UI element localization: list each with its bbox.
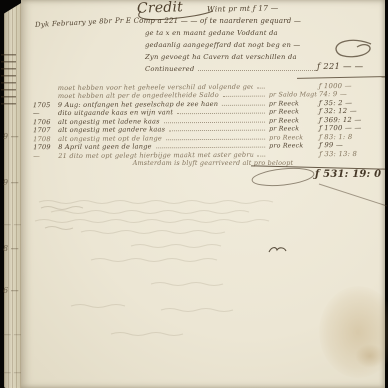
dotted-leader: [257, 88, 265, 89]
dotted-leader: [156, 147, 265, 149]
ledger-entries: moet hebben voor het geheele verschil ad…: [33, 82, 382, 160]
entry-year: —: [33, 152, 58, 160]
carry-forward-amount: ƒ 221 — —: [317, 62, 363, 72]
description-text: Continueered: [145, 65, 194, 73]
entry-amount: ƒ 369: 12 —: [319, 116, 381, 124]
entry-reference: pr Reeck: [269, 125, 319, 132]
margin-mark: 8 —: [3, 244, 19, 253]
entry-description: ge ta x en maant gedane Voddant da gedaa…: [145, 29, 321, 77]
entry-amount: ƒ 32: 12 —: [319, 107, 381, 115]
margin-mark: — —: [3, 330, 22, 339]
dotted-leader: [198, 70, 317, 71]
entry-amount: ƒ 83: 1: 8: [319, 132, 381, 140]
description-line: Zyn gevoegt ha Cavern dat verschillen da: [145, 53, 321, 65]
dotted-leader: [223, 96, 265, 97]
entry-text: moet hebben voor het geheele verschil ad…: [58, 83, 253, 92]
entry-year: 1709: [33, 143, 58, 151]
entry-text: dito uitgaande kaas en wijn vant: [58, 109, 173, 118]
description-line: ge ta x en maant gedane Voddant da: [145, 29, 321, 41]
margin-mark: 9 —: [3, 178, 19, 187]
entry-amount: ƒ 1700 — —: [319, 124, 381, 132]
manuscript-photo: 9 — 9 — — — 8 — 6 — — — — — Credit Wint …: [0, 0, 388, 388]
entry-reference: pr Saldo Magt: [269, 92, 319, 99]
entry-year: —: [33, 109, 58, 117]
dotted-leader: [222, 104, 265, 105]
margin-mark: 9 —: [3, 132, 19, 141]
margin-mark: — —: [3, 368, 22, 377]
description-line: Continueered: [145, 65, 321, 77]
oval-flourish-icon: [249, 165, 319, 189]
ledger-page: Credit Wint pr mt ƒ 17 — Dyk February ye…: [21, 0, 385, 388]
description-line: gedaanlig aangegeffard dat nogt beg en —: [145, 41, 321, 53]
entry-text: alt ongestig met gandere kaas: [58, 125, 165, 134]
dotted-leader: [164, 121, 265, 123]
description-text: ge ta x en maant gedane Voddant da: [145, 29, 278, 37]
dotted-leader: [177, 113, 265, 115]
entry-year: 1706: [33, 118, 58, 126]
entry-reference: pr Reeck: [269, 100, 319, 107]
description-text: gedaanlig aangegeffard dat nogt beg en —: [145, 41, 300, 49]
entry-opening-text: Pr E Comp a 221 — — of te naarderen gequ…: [115, 17, 301, 25]
entry-reference: pr Reeck: [269, 109, 319, 116]
margin-mark: 6 —: [3, 286, 19, 295]
entry-text: 8 April vant geen de lange: [58, 142, 152, 151]
entry-text: 9 Aug: ontfangen het geselschap de zee h…: [58, 100, 218, 109]
entry-amount: ƒ 33: 13: 8: [319, 149, 381, 157]
entry-reference: pro Reeck: [269, 142, 319, 149]
description-text: Zyn gevoegt ha Cavern dat verschillen da: [145, 53, 297, 61]
paper-stain: [355, 344, 385, 368]
header-annotation: Wint pr mt ƒ 17 —: [207, 3, 279, 13]
entry-amount: 74: 9 —: [319, 90, 381, 98]
entry-amount: ƒ 1000 —: [319, 82, 381, 90]
entry-year: 1707: [33, 126, 58, 134]
entry-amount: ƒ 99 —: [319, 141, 381, 149]
entry-text: alt ongestig met opt de lange: [58, 134, 162, 143]
entry-year: 1708: [33, 135, 58, 143]
grand-total: ƒ 531: 19: 0: [315, 169, 381, 180]
dotted-leader: [257, 155, 265, 156]
entry-date: Dyk February ye 8br: [35, 17, 112, 29]
entry-text: alt ongestig met ladene kaas: [58, 117, 160, 126]
entry-amount: ƒ 35: 2 —: [319, 99, 381, 107]
margin-mark: — —: [3, 220, 22, 229]
entry-reference: pr Reeck: [269, 117, 319, 124]
entry-year: 1705: [33, 101, 58, 109]
dotted-leader: [166, 138, 265, 140]
margin-dash-cluster: [1, 54, 16, 106]
dotted-leader: [169, 130, 265, 132]
entry-reference: pro Reeck: [269, 134, 319, 141]
